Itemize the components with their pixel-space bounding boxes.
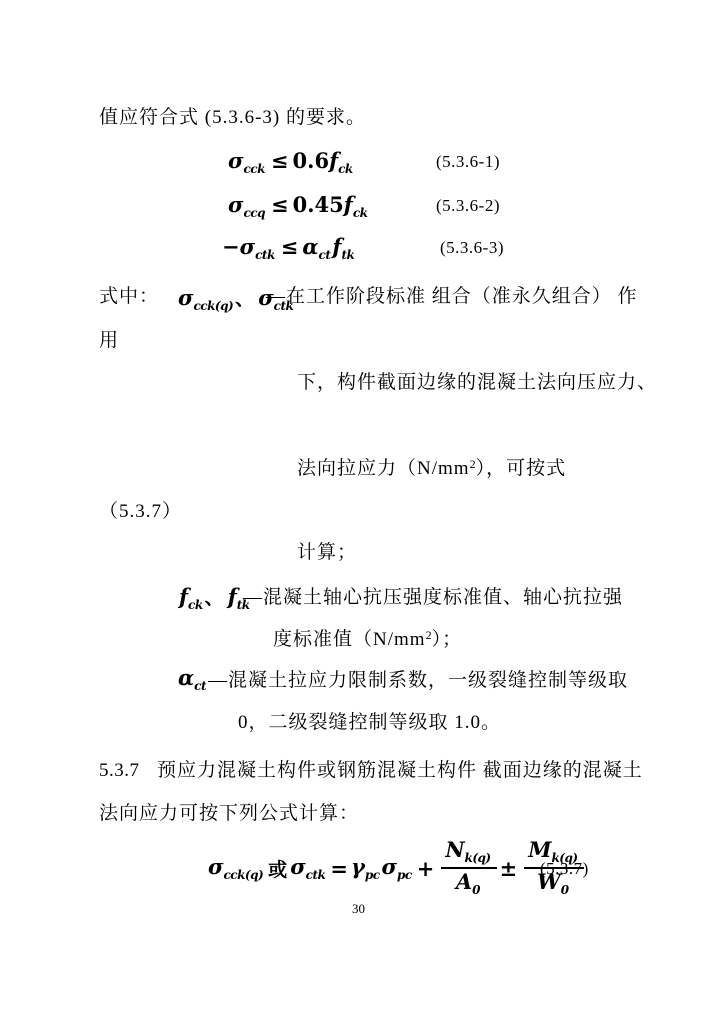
- plus-sign: +: [417, 856, 435, 881]
- f-subscript: tk: [341, 248, 354, 262]
- intro-text: 值应符合式 (5.3.6-3) 的要求。: [99, 107, 366, 128]
- relation-symbol: ≤: [271, 192, 289, 217]
- page-number: 30: [352, 901, 365, 917]
- f-symbol: f: [329, 148, 338, 173]
- alpha-symbol-group: αct: [178, 665, 208, 693]
- where-ref-537: （5.3.7）: [99, 500, 182, 524]
- alpha-symbol: α: [178, 665, 194, 690]
- f-definition-line-2: 度标准值（N/mm2）；: [273, 628, 462, 652]
- sigma-subscript: ctk: [255, 248, 275, 262]
- sigma-subscript: cck(q): [223, 868, 263, 882]
- sigma-subscript: cck(q): [193, 299, 233, 313]
- equals-sign: =: [330, 856, 348, 881]
- intro-paragraph: 值应符合式 (5.3.6-3) 的要求。: [99, 106, 366, 130]
- equation-5-3-6-3: −σctk ≤ αctftk: [222, 234, 356, 262]
- sigma-symbol: σ: [228, 192, 243, 217]
- equation-5-3-6-3-label: (5.3.6-3): [440, 238, 504, 258]
- separator: 、: [205, 588, 224, 609]
- document-page: 值应符合式 (5.3.6-3) 的要求。 σcck ≤ 0.6fck (5.3.…: [0, 0, 717, 1012]
- where-prefix: 式中：: [99, 285, 159, 309]
- f-symbols: fck、 ftk: [179, 583, 252, 612]
- f-symbol: f: [344, 192, 353, 217]
- alpha-definition-line-2: 0，二级裂缝控制等级取 1.0。: [238, 711, 501, 735]
- equation-5-3-6-1: σcck ≤ 0.6fck: [228, 148, 355, 176]
- fraction-N-over-A0: Nk(q) A0: [441, 838, 496, 898]
- sigma-subscript: ccq: [243, 206, 265, 220]
- sigma-symbol: σ: [178, 285, 193, 310]
- equation-5-3-6-1-label: (5.3.6-1): [436, 152, 500, 172]
- sigma-symbol: σ: [228, 148, 243, 173]
- where-desc-2: 用: [99, 329, 119, 353]
- separator: 、: [235, 289, 254, 310]
- gamma-sigma-term: γpcσpc: [351, 854, 414, 882]
- clause-line-2: 法向应力可按下列公式计算：: [99, 802, 359, 826]
- fraction-numerator: Nk(q): [441, 838, 496, 869]
- f-subscript: ck: [353, 206, 368, 220]
- gamma-subscript: pc: [365, 868, 380, 882]
- equation-5-3-7-label: (5.3.7): [540, 859, 589, 879]
- alpha-subscript: ct: [319, 248, 331, 262]
- alpha-definition-line-1: —混凝土拉应力限制系数，一级裂缝控制等级取: [208, 669, 628, 693]
- coefficient: 0.45: [293, 192, 344, 217]
- clause-number: 5.3.7: [99, 759, 140, 783]
- equation-5-3-6-2: σccq ≤ 0.45fck: [228, 192, 369, 220]
- where-desc-3: 下，构件截面边缘的混凝土法向压应力、: [297, 371, 657, 395]
- sigma-symbol: σ: [240, 234, 255, 259]
- clause-line-1: 预应力混凝土构件或钢筋混凝土构件 截面边缘的混凝土: [157, 759, 643, 783]
- f-definition-line-1: —混凝土轴心抗压强度标准值、轴心抗拉强: [243, 586, 623, 610]
- sigma-subscript: cck: [243, 162, 264, 176]
- or-word: 或: [268, 855, 287, 882]
- coefficient: 0.6: [293, 148, 330, 173]
- f-subscript: ck: [188, 598, 203, 612]
- sigma-subscript: pc: [397, 868, 412, 882]
- f-subscript: ck: [338, 162, 353, 176]
- alpha-subscript: ct: [194, 679, 206, 693]
- equation-5-3-7: σcck(q) 或 σctk = γpcσpc + Nk(q) A0 ± Mk(…: [208, 840, 587, 896]
- f-symbol: f: [228, 584, 237, 609]
- relation-symbol: ≤: [271, 148, 289, 173]
- lhs-sigma-2: σctk: [290, 854, 327, 882]
- where-desc-5: 计算；: [297, 541, 357, 565]
- where-desc-4: 法向拉应力（N/mm2），可按式: [297, 457, 566, 481]
- equation-5-3-6-2-label: (5.3.6-2): [436, 196, 500, 216]
- f-symbol: f: [179, 584, 188, 609]
- relation-symbol: ≤: [281, 234, 299, 259]
- minus-sign: −: [222, 234, 240, 259]
- fraction-denominator: A0: [441, 869, 496, 898]
- sigma-subscript: ctk: [306, 868, 326, 882]
- lhs-sigma-1: σcck(q): [208, 854, 265, 882]
- plus-minus-sign: ±: [500, 856, 518, 881]
- alpha-symbol: α: [302, 234, 318, 259]
- where-desc-1: —在工作阶段标准 组合（准永久组合） 作: [266, 285, 638, 309]
